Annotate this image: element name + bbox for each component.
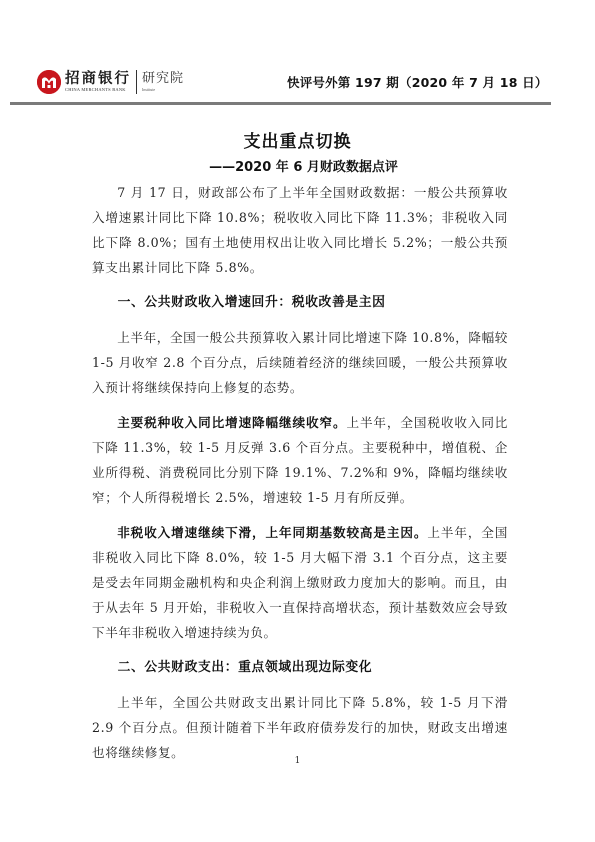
cmb-logo-icon	[37, 70, 61, 94]
tax-lead-sentence: 主要税种收入同比增速降幅继续收窄。	[117, 415, 346, 430]
page-number: 1	[0, 756, 595, 766]
revenue-paragraph-tax: 主要税种收入同比增速降幅继续收窄。上半年，全国税收收入同比下降 11.3%，较 …	[92, 410, 508, 510]
logo-name-cn: 招商银行	[65, 71, 131, 87]
document-title: 支出重点切换	[0, 127, 595, 152]
section-heading-expenditure: 二、公共财政支出：重点领域出现边际变化	[92, 655, 508, 680]
header-divider	[10, 102, 551, 105]
nontax-lead-sentence: 非税收入增速继续下滑，上年同期基数较高是主因。	[117, 525, 427, 540]
section-heading-revenue: 一、公共财政收入增速回升：税收改善是主因	[92, 290, 508, 315]
logo-name-en: CHINA MERCHANTS BANK	[65, 87, 131, 93]
logo-institute-en: Institute	[142, 87, 184, 93]
revenue-paragraph-nontax: 非税收入增速继续下滑，上年同期基数较高是主因。上半年，全国非税收入同比下降 8.…	[92, 520, 508, 645]
cmb-research-logo: 招商银行 CHINA MERCHANTS BANK 研究院 Institute	[37, 68, 184, 96]
document-subtitle: ——2020 年 6 月财政数据点评	[0, 156, 595, 175]
revenue-paragraph-1: 上半年，全国一般公共预算收入累计同比增速下降 10.8%，降幅较 1-5 月收窄…	[92, 325, 508, 400]
intro-paragraph: 7 月 17 日，财政部公布了上半年全国财政数据：一般公共预算收入增速累计同比下…	[92, 180, 508, 280]
document-body: 7 月 17 日，财政部公布了上半年全国财政数据：一般公共预算收入增速累计同比下…	[92, 180, 508, 775]
issue-info: 快评号外第 197 期（2020 年 7 月 18 日）	[287, 73, 548, 91]
expenditure-paragraph-1: 上半年，全国公共财政支出累计同比下降 5.8%，较 1-5 月下滑 2.9 个百…	[92, 690, 508, 765]
nontax-body-text: 上半年，全国非税收入同比下降 8.0%，较 1-5 月大幅下滑 3.1 个百分点…	[92, 525, 508, 640]
logo-divider	[136, 70, 137, 94]
page-header: 招商银行 CHINA MERCHANTS BANK 研究院 Institute …	[0, 0, 595, 110]
logo-institute-cn: 研究院	[142, 71, 184, 87]
